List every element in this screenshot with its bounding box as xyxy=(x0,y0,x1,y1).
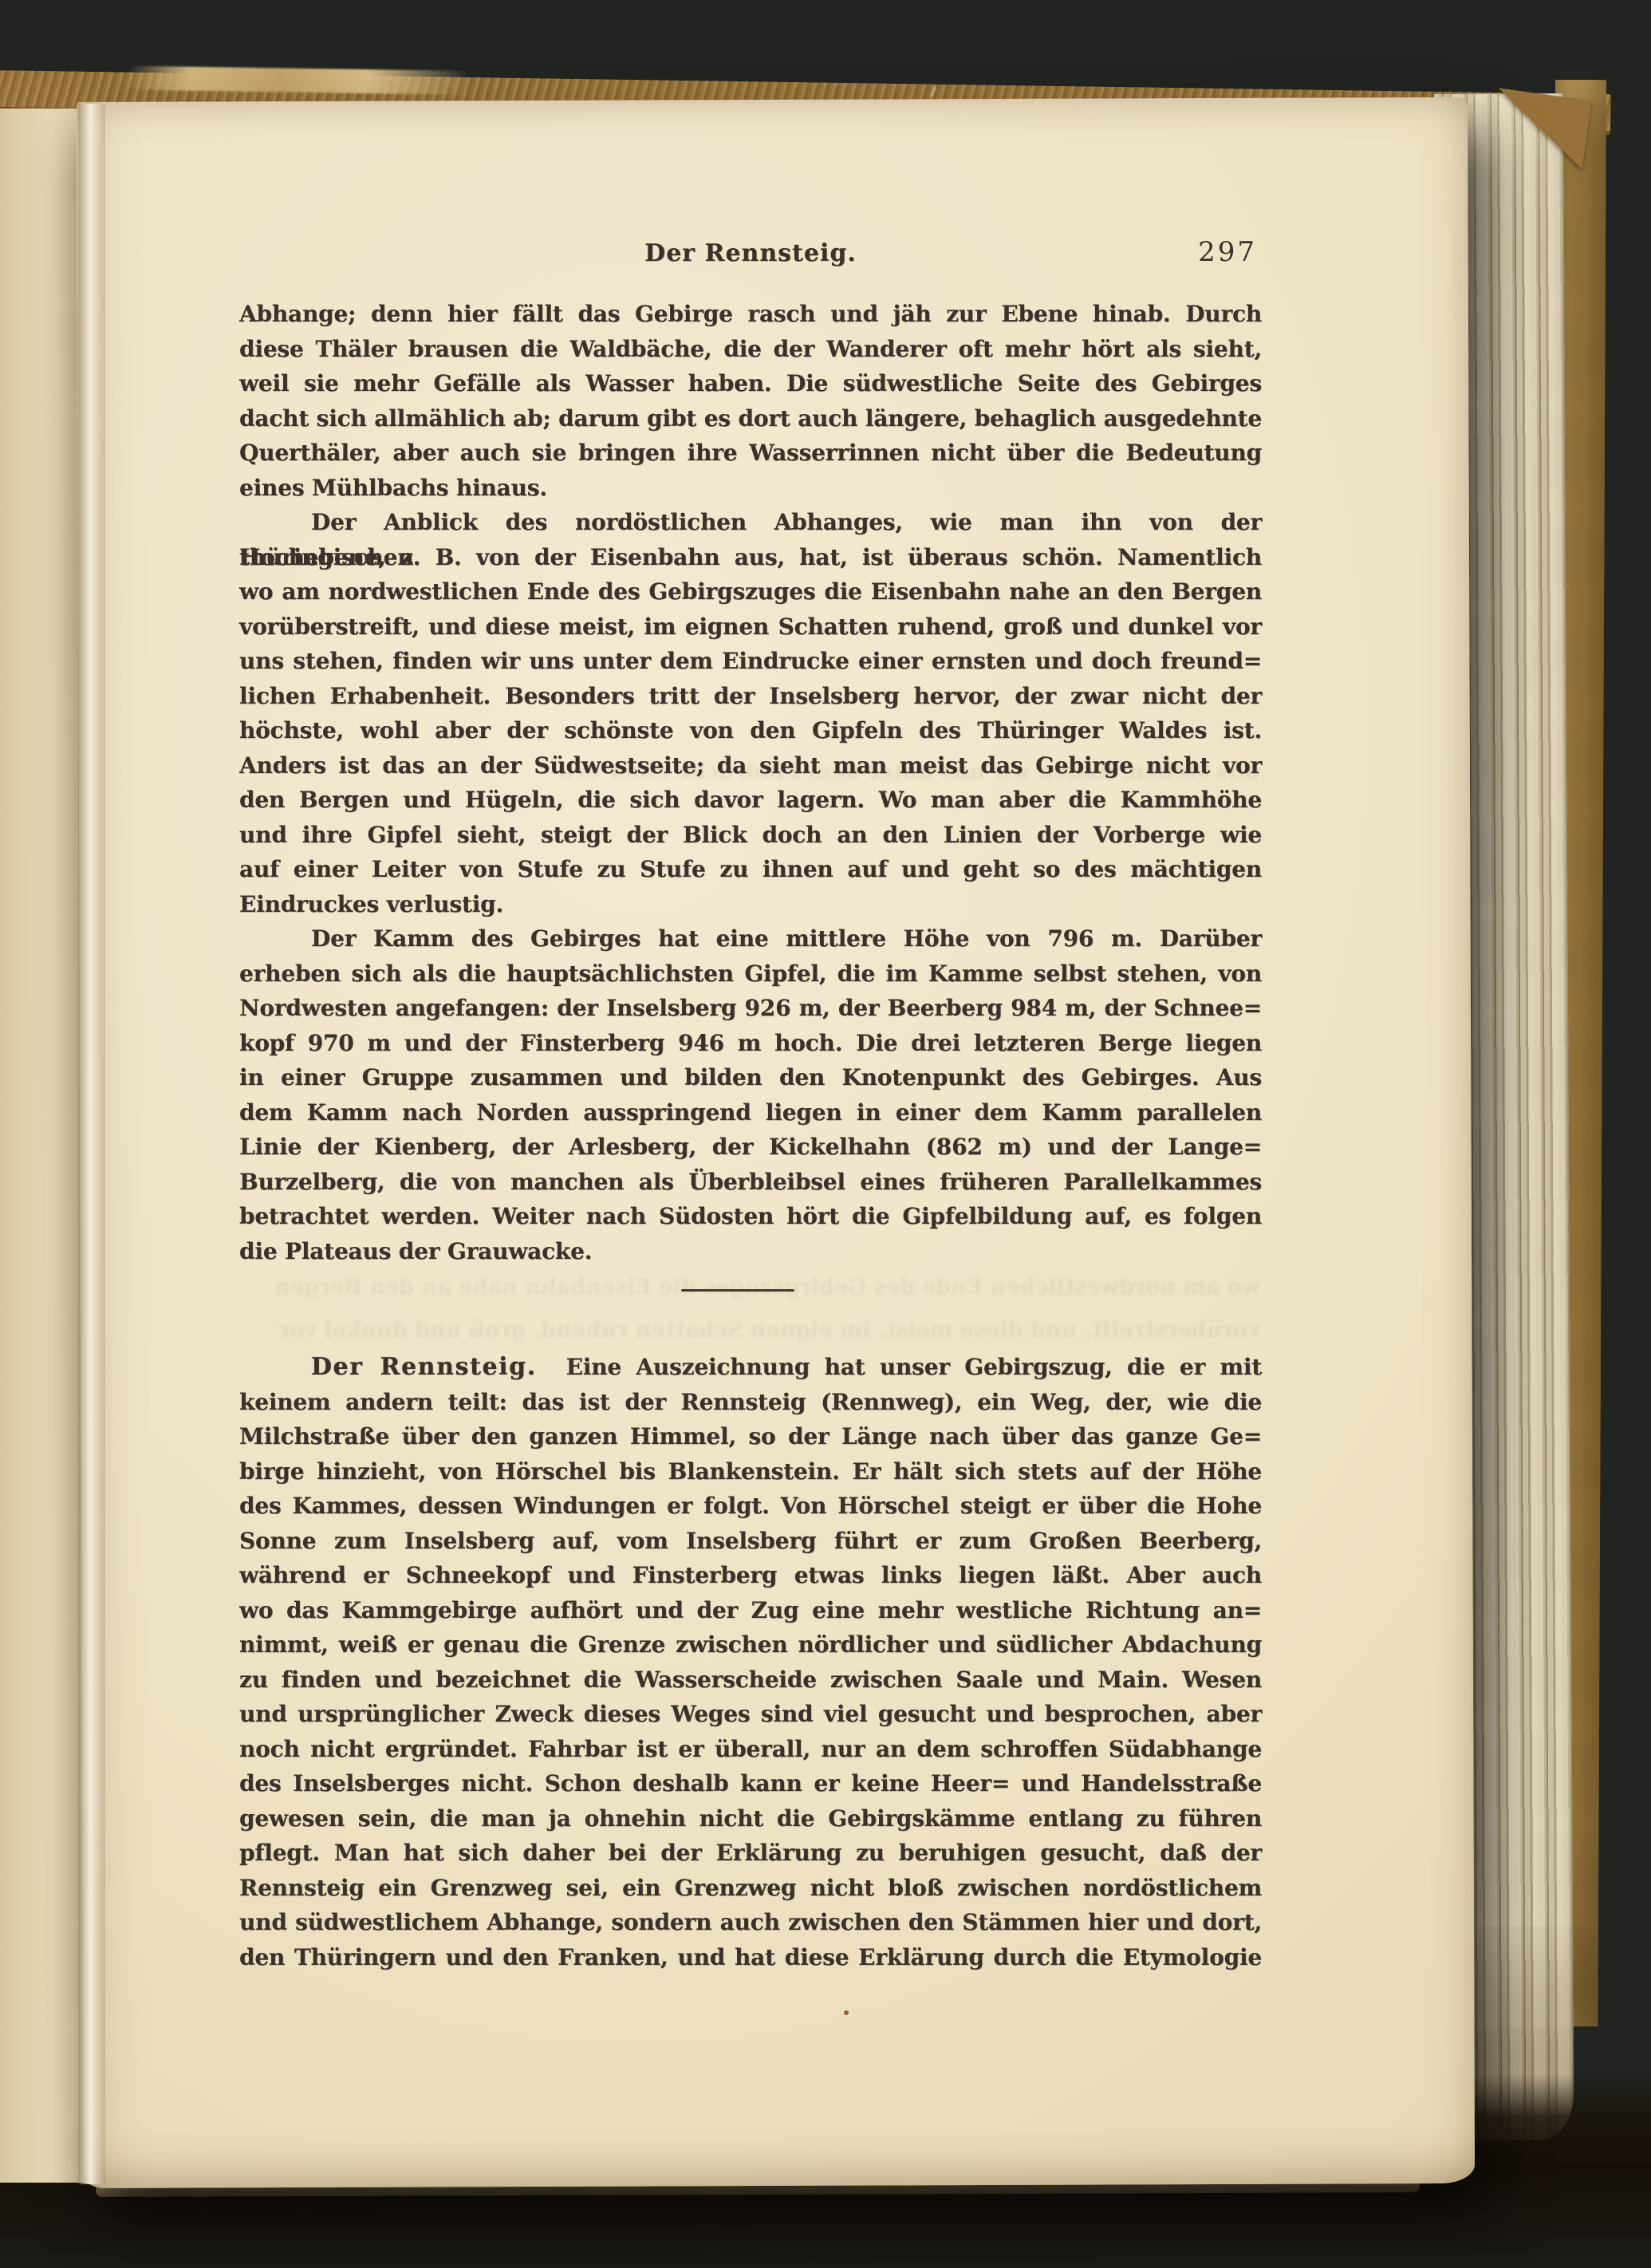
text-line: dem Kamm nach Norden ausspringend liegen… xyxy=(239,1095,1262,1130)
text-line: eines Mühlbachs hinaus. xyxy=(239,471,1262,506)
text-line: Linie der Kienberg, der Arlesberg, der K… xyxy=(239,1130,1262,1165)
text-line: diese Thäler brausen die Waldbäche, die … xyxy=(239,332,1262,367)
text-line: Der Anblick des nordöstlichen Abhanges, … xyxy=(239,505,1262,540)
text-line: wo das Kammgebirge aufhört und der Zug e… xyxy=(239,1593,1262,1628)
text-line: Burzelberg, die von manchen als Überblei… xyxy=(239,1165,1262,1200)
text-block: Abhange; denn hier fällt das Gebirge ras… xyxy=(239,297,1262,1974)
text-line: Abhange; denn hier fällt das Gebirge ras… xyxy=(239,297,1262,332)
text-line: Milchstraße über den ganzen Himmel, so d… xyxy=(239,1419,1262,1454)
text-line: und ursprünglicher Zweck dieses Weges si… xyxy=(239,1697,1262,1732)
text-line: kopf 970 m und der Finsterberg 946 m hoc… xyxy=(239,1026,1262,1061)
text-line: Hochebene, z. B. von der Eisenbahn aus, … xyxy=(239,540,1262,575)
text-line: zu finden und bezeichnet die Wasserschei… xyxy=(239,1663,1262,1698)
text-line: weil sie mehr Gefälle als Wasser haben. … xyxy=(239,366,1262,401)
gutter-crease xyxy=(78,104,105,2184)
text-line: nimmt, weiß er genau die Grenze zwischen… xyxy=(239,1627,1262,1663)
text-line: noch nicht ergründet. Fahrbar ist er übe… xyxy=(239,1732,1262,1767)
text-line: birge hinzieht, von Hörschel bis Blanken… xyxy=(239,1454,1262,1489)
text-line: Der Kamm des Gebirges hat eine mittlere … xyxy=(239,921,1262,957)
text-line: Eindruckes verlustig. xyxy=(239,887,1262,922)
text-line: Der Rennsteig. Eine Auszeichnung hat uns… xyxy=(239,1350,1262,1385)
text-line: den Thüringern und den Franken, und hat … xyxy=(239,1940,1262,1975)
section-break xyxy=(239,1268,1262,1350)
book-scan: wo am nordwestlichen Ende des Gebirgszug… xyxy=(0,0,1651,2268)
section-divider xyxy=(681,1289,794,1292)
running-header-title: Der Rennsteig. xyxy=(239,239,1262,267)
page-number: 297 xyxy=(1198,236,1257,268)
text-line: Rennsteig ein Grenzweg sei, ein Grenzweg… xyxy=(239,1871,1262,1906)
book-cover-corner xyxy=(1489,88,1592,169)
text-line: während er Schneekopf und Finsterberg et… xyxy=(239,1558,1262,1593)
text-line: pflegt. Man hat sich daher bei der Erklä… xyxy=(239,1836,1262,1871)
running-header: Der Rennsteig. 297 xyxy=(239,239,1262,267)
text-line: keinem andern teilt: das ist der Rennste… xyxy=(239,1385,1262,1420)
text-line: höchste, wohl aber der schönste von den … xyxy=(239,713,1262,748)
text-line: dacht sich allmählich ab; darum gibt es … xyxy=(239,401,1262,436)
text-line: vorüberstreift, und diese meist, im eign… xyxy=(239,609,1262,645)
text-line: des Inselsberges nicht. Schon deshalb ka… xyxy=(239,1766,1262,1801)
text-line: Sonne zum Inselsberg auf, vom Inselsberg… xyxy=(239,1524,1262,1559)
text-line: erheben sich als die hauptsächlichsten G… xyxy=(239,957,1262,992)
text-line: in einer Gruppe zusammen und bilden den … xyxy=(239,1060,1262,1095)
cover-fray xyxy=(128,66,471,95)
text-line: Anders ist das an der Südwestseite; da s… xyxy=(239,748,1262,783)
text-line: Querthäler, aber auch sie bringen ihre W… xyxy=(239,436,1262,471)
text-line: den Bergen und Hügeln, die sich davor la… xyxy=(239,783,1262,818)
text-line: auf einer Leiter von Stufe zu Stufe zu i… xyxy=(239,852,1262,887)
text-line: gewesen sein, die man ja ohnehin nicht d… xyxy=(239,1801,1262,1836)
text-line: lichen Erhabenheit. Besonders tritt der … xyxy=(239,679,1262,714)
text-line: und ihre Gipfel sieht, steigt der Blick … xyxy=(239,818,1262,853)
text-line: wo am nordwestlichen Ende des Gebirgszug… xyxy=(239,574,1262,609)
text-line: Nordwesten angefangen: der Inselsberg 92… xyxy=(239,991,1262,1026)
text-line: des Kammes, dessen Windungen er folgt. V… xyxy=(239,1489,1262,1524)
fox-spot xyxy=(844,2010,849,2015)
text-line: betrachtet werden. Weiter nach Südosten … xyxy=(239,1199,1262,1234)
section-heading: Der Rennsteig. xyxy=(311,1353,537,1381)
text-line: die Plateaus der Grauwacke. xyxy=(239,1234,1262,1269)
text-line: uns stehen, finden wir uns unter dem Ein… xyxy=(239,644,1262,679)
text-line: und südwestlichem Abhange, sondern auch … xyxy=(239,1905,1262,1940)
